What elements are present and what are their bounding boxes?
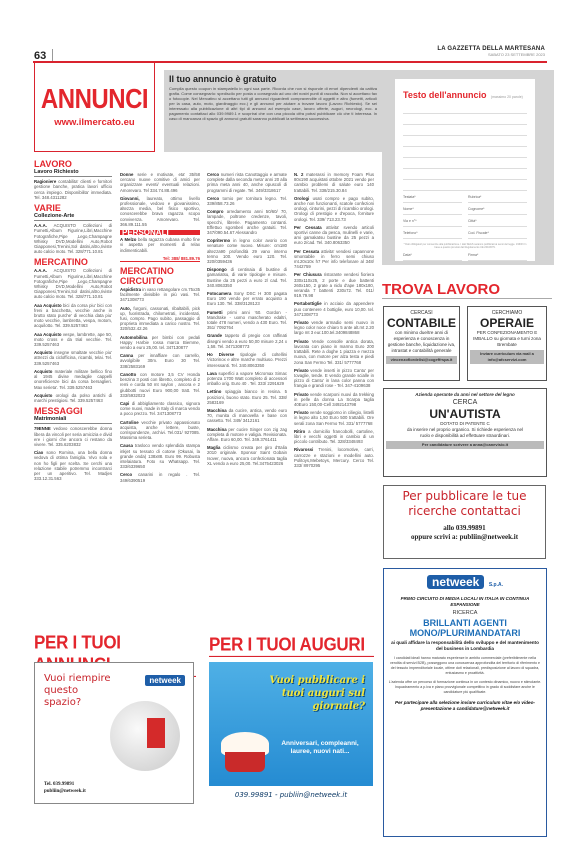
form-row: Nome* Cognome*	[403, 207, 527, 215]
data-field[interactable]: Data*	[403, 253, 462, 261]
job-contact[interactable]: Per candidature scrivere a anna@canevisi…	[386, 441, 544, 449]
telefono-field[interactable]: Telefono*	[403, 231, 462, 239]
classified-entry: Maglia ciclismo creata per giro d'Italia…	[207, 445, 287, 466]
job-title: CONTABILE	[384, 316, 459, 330]
publish-contact-box: Per pubblicare le tue ricerche contattac…	[383, 485, 546, 559]
netweek-cta[interactable]: Per partecipare alla selezione inviare c…	[384, 700, 546, 712]
classified-entry: Per Cessata attivita' svendo articoli sp…	[294, 225, 374, 246]
classified-entry: Privato vende inserti in pizzo Cantu' pe…	[294, 368, 374, 389]
ad-auguri-contact: 039.99891 - publiin@netweek.it	[209, 786, 373, 804]
classified-entry: 79ENNE vedovo conoscerebbe donna libera …	[34, 426, 112, 447]
netweek-para1: I candidati ideali hanno maturato esperi…	[384, 656, 546, 676]
codice-fiscale-field[interactable]: Cod. Fiscale*	[468, 231, 527, 239]
ad-question: Vuoi riempire questo spazio?	[44, 673, 114, 709]
section-messaggi: MESSAGGI	[34, 406, 112, 416]
classified-entry: Lava superfici a vapore Micromax Simac p…	[207, 371, 287, 387]
masthead: LA GAZZETTA DELLA MARTESANA SABATO 23 SE…	[437, 46, 545, 57]
classified-entry: Aaa Acquisto bici da corsa piu' bici con…	[34, 303, 112, 329]
ad-auguri-sub: Anniversari, compleanni, lauree, nuovi n…	[275, 740, 365, 756]
section-lavoro: LAVORO	[34, 159, 112, 169]
ad-vuoi-riempire[interactable]: Vuoi riempire questo spazio? netweek Tel…	[34, 662, 194, 804]
via-field[interactable]: Via e n°*	[403, 219, 462, 227]
citta-field[interactable]: Città*	[468, 219, 527, 227]
subsection-lavoro-richiesto: Lavoro Richiesto	[34, 170, 112, 177]
free-ad-info: Il tuo annuncio è gratuito Compila quest…	[164, 70, 382, 152]
coupon-title: Testo dell'annuncio	[403, 90, 486, 100]
classified-entry: Causa trasloco vendo splendida stampa in…	[120, 443, 200, 469]
annunci-brand-box: ANNUNCI www.ilmercato.eu	[34, 62, 155, 152]
form-row: Telefono* Cod. Fiscale*	[403, 231, 527, 239]
text-line[interactable]	[403, 147, 527, 158]
job-contabile: CERCASI CONTABILE con minimo due/tre ann…	[383, 306, 460, 381]
classified-entry: A.A.A. ACQUISTO Collezioni di Fumetti,Al…	[34, 268, 112, 299]
classified-entry: Dispongo di centinaia di bustine di gama…	[207, 267, 287, 288]
classified-entry: Canotto con motore 3,5 CV Honda benzina …	[120, 372, 200, 398]
text-line[interactable]	[403, 125, 527, 136]
job-body: PER CONFEZIONAMENTO E IMBALLO su giornat…	[468, 330, 546, 348]
form-row: Via e n°* Città*	[403, 219, 527, 227]
netweek-tagline: PRIMO CIRCUITO DI MEDIA LOCALI IN ITALIA…	[384, 596, 546, 608]
job-contact[interactable]: Inviare curriculum via mail a info@afcse…	[470, 350, 544, 364]
banner-per-i-tuoi-auguri: PER I TUOI AUGURI	[209, 634, 374, 657]
text-line[interactable]	[403, 180, 527, 191]
classified-entry: Cerco tornio per tornitura legno. Tel. 3…	[207, 196, 287, 206]
classified-entry: Fumetti primi anni '60. Gordon - Mandrak…	[207, 310, 287, 331]
job-title: OPERAIE	[468, 316, 546, 330]
section-mercatino-circuito: MERCATINO CIRCUITO	[120, 266, 200, 286]
classified-entry: Compro arredamento anni 50/60/ 70, lampa…	[207, 209, 287, 235]
subsection-collezione: Collezione-Arte	[34, 214, 112, 221]
column-2: Donne serie e motivate, eta' 35/58 cerca…	[120, 172, 200, 486]
subsection-matrimoniali: Matrimoniali	[34, 417, 112, 424]
netweek-recruitment-ad: netweek S.p.A. PRIMO CIRCUITO DI MEDIA L…	[383, 568, 547, 837]
ad-auguri[interactable]: Vuoi pubblicare i tuoi auguri sul giorna…	[209, 662, 373, 804]
section-varie: VARIE	[34, 203, 112, 213]
coupon-panel: Testo dell'annuncio (massimo 20 parole) …	[382, 70, 554, 265]
classified-entry: Portabottiglie in acciaio da appendere p…	[294, 301, 374, 317]
text-line[interactable]	[403, 158, 527, 169]
classified-entry: Ho Diverse tipologie di coltellini Victo…	[207, 352, 287, 368]
netweek-subtitle: ai quali affidare la responsabilità dell…	[384, 640, 546, 652]
coupon-form: Testo dell'annuncio (massimo 20 parole) …	[395, 79, 535, 261]
classified-entry: Macchina da cucire, antica, vendo euro 7…	[207, 408, 287, 424]
divider	[52, 49, 53, 61]
ad-auguri-headline: Vuoi pubblicare i tuoi auguri sul giorna…	[265, 674, 365, 713]
publish-headline: Per pubblicare le tue ricerche contattac…	[384, 489, 545, 519]
form-row: Data* Firma*	[403, 253, 527, 261]
job-kicker: CERCA	[384, 398, 546, 407]
classified-entry: Orologi usati compro e pago subito, anch…	[294, 196, 374, 222]
job-contact[interactable]: vincenzoflordelisi@cogeffrspa.it	[386, 356, 457, 364]
classified-entry: A Melzo bella ragazza cubana molto fine …	[120, 237, 200, 253]
section-mercatino: MERCATINO	[34, 257, 112, 267]
ad-contact: Tel. 039.99891 publiin@netweek.it	[44, 781, 86, 795]
classified-entry: N. 2 materassi in memory Foam Plus 80x19…	[294, 172, 374, 193]
job-autista: Azienda operante da anni nel settore del…	[383, 388, 547, 477]
netweek-para2: L'azienda offre un percorso di formazion…	[384, 680, 546, 695]
text-line[interactable]	[403, 114, 527, 125]
classified-entry: Giovanni, laureato, ottimo livello profe…	[120, 196, 200, 227]
classified-entry: Automobilina per bimbi con pedali Happy …	[120, 335, 200, 351]
classified-entry: Acquisto materiale militare bellico fino…	[34, 369, 112, 390]
text-line[interactable]	[403, 169, 527, 180]
free-ad-title: Il tuo annuncio è gratuito	[169, 74, 377, 84]
free-ad-body: Compila questo coupon in stampatello in …	[169, 86, 377, 121]
classified-entry: Copritermo in legno color avorio con ven…	[207, 238, 287, 264]
classified-entry: Ciao sono Romina, una bella donna vedova…	[34, 450, 112, 481]
classified-entry: Lettino spiaggia bianco in resina. 5 pos…	[207, 389, 287, 405]
job-body: con minimo due/tre anni di esperienza e …	[384, 330, 459, 354]
classified-entry: Fotocamera Sony DSC H 300 pagata Euro 19…	[207, 291, 287, 307]
coupon-disclaimer: * Dati obbligatori per consentire alla p…	[403, 243, 527, 249]
classified-entry: Donne serie e motivate, eta' 35/58 cerca…	[120, 172, 200, 193]
classified-entry: Acquisto orologi da polso antichi di mar…	[34, 393, 112, 403]
section-personali: PERSONALI	[120, 230, 200, 235]
classified-entry: Acquisto insegne smaltate vecchie piu' a…	[34, 350, 112, 366]
classified-entry: A.A.A. ACQUISTO Collezioni di Fumetti,Al…	[34, 223, 112, 254]
classified-entry: Cerco canarini in regalo . Tel. 349/6390…	[120, 472, 200, 482]
classified-entry: Macchina per cucire Singer con zig zag c…	[207, 427, 287, 443]
ad-phone: Tel. 039.99891	[44, 781, 86, 788]
classified-entry: Rivarossi Trenini, locomotive, carri, ca…	[294, 447, 374, 468]
coupon-max-words: (massimo 20 parole)	[491, 95, 523, 99]
netweek-ricerca: RICERCA	[384, 610, 546, 616]
classified-entry: Privato Vende consolle antica dorata, la…	[294, 339, 374, 365]
form-row: Testata* Rubrica*	[403, 195, 527, 203]
section-trova-lavoro: TROVA LAVORO	[382, 281, 552, 299]
column-3: Cerco numeri rista Canottaggio e armate …	[207, 172, 287, 469]
classified-entry: Ragioniere contabilita' clienti e fornit…	[34, 179, 112, 200]
netweek-logo: netweek	[427, 575, 484, 589]
puzzle-icon	[110, 701, 180, 771]
section-title: ANNUNCI	[41, 84, 148, 116]
cognome-field[interactable]: Cognome*	[468, 207, 527, 215]
text-line[interactable]	[403, 103, 527, 114]
testata-field[interactable]: Testata*	[403, 195, 462, 203]
job-title: UN'AUTISTA	[384, 407, 546, 421]
publish-email[interactable]: oppure scrivi a: publiin@netweek.it	[384, 533, 545, 542]
firma-field[interactable]: Firma*	[468, 253, 527, 261]
puzzle-piece-icon	[147, 718, 165, 748]
rubrica-field[interactable]: Rubrica*	[468, 195, 527, 203]
classified-entry: Cerco numeri rista Canottaggio e armate …	[207, 172, 287, 193]
classified-entry: Aaa Acquisto vespe, lambrette, ape 50, m…	[34, 332, 112, 348]
classified-entry: Per Cessata attivita' vendesi capannone …	[294, 249, 374, 270]
classified-entry: Privato vende armadio semi nuovo in legn…	[294, 320, 374, 336]
job-body: da inserire nel proprio organico. Si ric…	[384, 427, 546, 439]
netweek-logo: netweek	[145, 675, 185, 686]
nome-field[interactable]: Nome*	[403, 207, 462, 215]
classified-entry: Grande tappeto di pregio con raffinati d…	[207, 333, 287, 349]
classified-entry: Ritiro a domicilio francobolli, cartolin…	[294, 429, 374, 445]
netweek-spa: S.p.A.	[489, 582, 503, 588]
classified-entry: Aspidistra in vaso rettangolare cm.75x35…	[120, 287, 200, 303]
job-operaie: CERCHIAMO OPERAIE PER CONFEZIONAMENTO E …	[467, 306, 547, 381]
classified-entry: Privato vende soggiorno in ciliegio, lis…	[294, 410, 374, 426]
column-1: LAVORO Lavoro Richiesto Ragioniere conta…	[34, 157, 112, 484]
publication-date: SABATO 23 SETTEMBRE 2023	[437, 52, 545, 57]
column-4: N. 2 materassi in memory Foam Plus 80x19…	[294, 172, 374, 471]
text-line[interactable]	[403, 136, 527, 147]
cupcake-icon	[221, 732, 269, 772]
site-link[interactable]: www.ilmercato.eu	[54, 117, 134, 128]
classified-entry: Per Chiusura ristorante vendesi fioriera…	[294, 272, 374, 298]
classified-entry: Privato vende scarponi nuovi da trekking…	[294, 392, 374, 408]
classified-entry: Auto, furgoni, cassonati, ribaltabili, p…	[120, 306, 200, 332]
ad-email[interactable]: publiin@netweek.it	[44, 788, 86, 795]
personali-phone: Tel: 388/ 881.89.76	[120, 256, 200, 262]
netweek-title: BRILLANTI AGENTI MONO/PLURIMANDATARI	[384, 618, 546, 638]
classified-entry: Capi di abbigliamento classico, signora …	[120, 401, 200, 417]
publish-phone: allo 039.99891	[384, 524, 545, 533]
classified-entry: Cartoline vecchie privato appassionato a…	[120, 420, 200, 441]
classified-entry: Canna per innaffiare con carrello, avvol…	[120, 353, 200, 369]
